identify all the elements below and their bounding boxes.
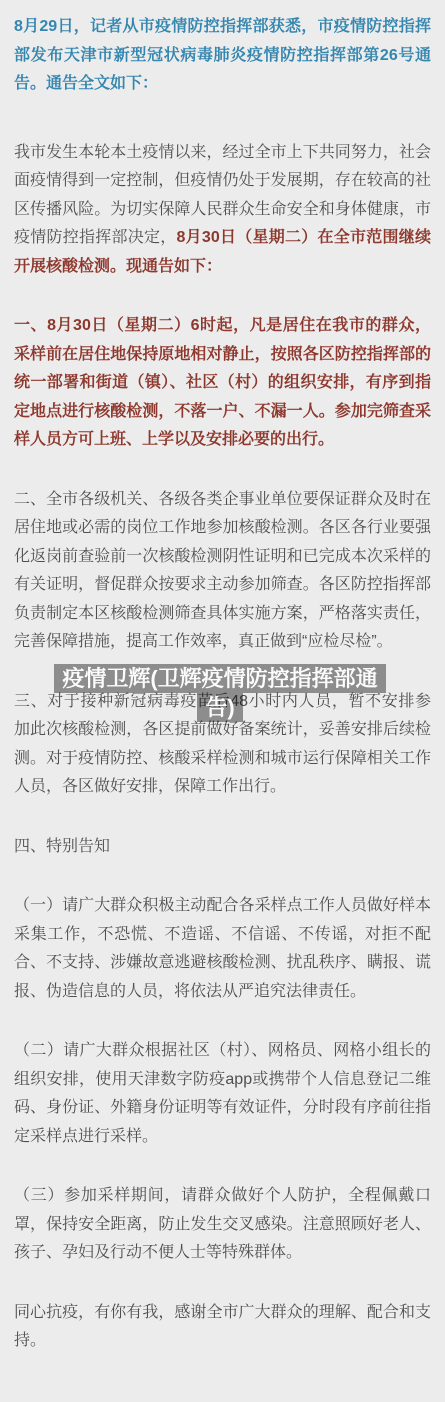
notice-paragraph: 同心抗疫，有你有我，感谢全市广大群众的理解、配合和支持。 [14,1299,431,1356]
text-segment-body: （三）参加采样期间，请群众做好个人防护，全程佩戴口罩，保持安全距离，防止发生交叉… [14,1187,431,1261]
article-intro: 8月29日，记者从市疫情防控指挥部获悉，市疫情防控指挥部发布天津市新型冠状病毒肺… [14,13,431,99]
notice-paragraph: 我市发生本轮本土疫情以来，经过全市上下共同努力，社会面疫情得到一定控制，但疫情仍… [14,139,431,282]
notice-paragraph: 四、特别告知 [14,833,431,862]
article-content: 8月29日，记者从市疫情防控指挥部获悉，市疫情防控指挥部发布天津市新型冠状病毒肺… [0,0,445,1356]
notice-paragraph: （二）请广大群众根据社区（村）、网格员、网格小组长的组织安排，使用天津数字防疫a… [14,1037,431,1151]
text-segment-highlight: 一、8月30日（星期二）6时起，凡是居住在我市的群众，采样前在居住地保持原地相对… [14,317,431,448]
notice-paragraphs: 我市发生本轮本土疫情以来，经过全市上下共同努力，社会面疫情得到一定控制，但疫情仍… [14,139,431,1356]
notice-paragraph: 三、对于接种新冠病毒疫苗后48小时内人员，暂不安排参加此次核酸检测，各区提前做好… [14,688,431,802]
notice-paragraph: （一）请广大群众积极主动配合各采样点工作人员做好样本采集工作，不恐慌、不造谣、不… [14,892,431,1006]
text-segment-body: 二、全市各级机关、各级各类企事业单位要保证群众及时在居住地或必需的岗位工作地参加… [14,491,431,651]
notice-paragraph: 一、8月30日（星期二）6时起，凡是居住在我市的群众，采样前在居住地保持原地相对… [14,312,431,455]
article-page: 8月29日，记者从市疫情防控指挥部获悉，市疫情防控指挥部发布天津市新型冠状病毒肺… [0,0,445,1402]
text-segment-body: 同心抗疫，有你有我，感谢全市广大群众的理解、配合和支持。 [14,1304,431,1350]
text-segment-body: （一）请广大群众积极主动配合各采样点工作人员做好样本采集工作，不恐慌、不造谣、不… [14,897,431,1000]
text-segment-body: （二）请广大群众根据社区（村）、网格员、网格小组长的组织安排，使用天津数字防疫a… [14,1042,431,1145]
text-segment-body: 四、特别告知 [14,838,110,855]
notice-paragraph: 二、全市各级机关、各级各类企事业单位要保证群众及时在居住地或必需的岗位工作地参加… [14,486,431,657]
text-segment-body: 三、对于接种新冠病毒疫苗后48小时内人员，暂不安排参加此次核酸检测，各区提前做好… [14,693,431,796]
notice-paragraph: （三）参加采样期间，请群众做好个人防护，全程佩戴口罩，保持安全距离，防止发生交叉… [14,1182,431,1268]
